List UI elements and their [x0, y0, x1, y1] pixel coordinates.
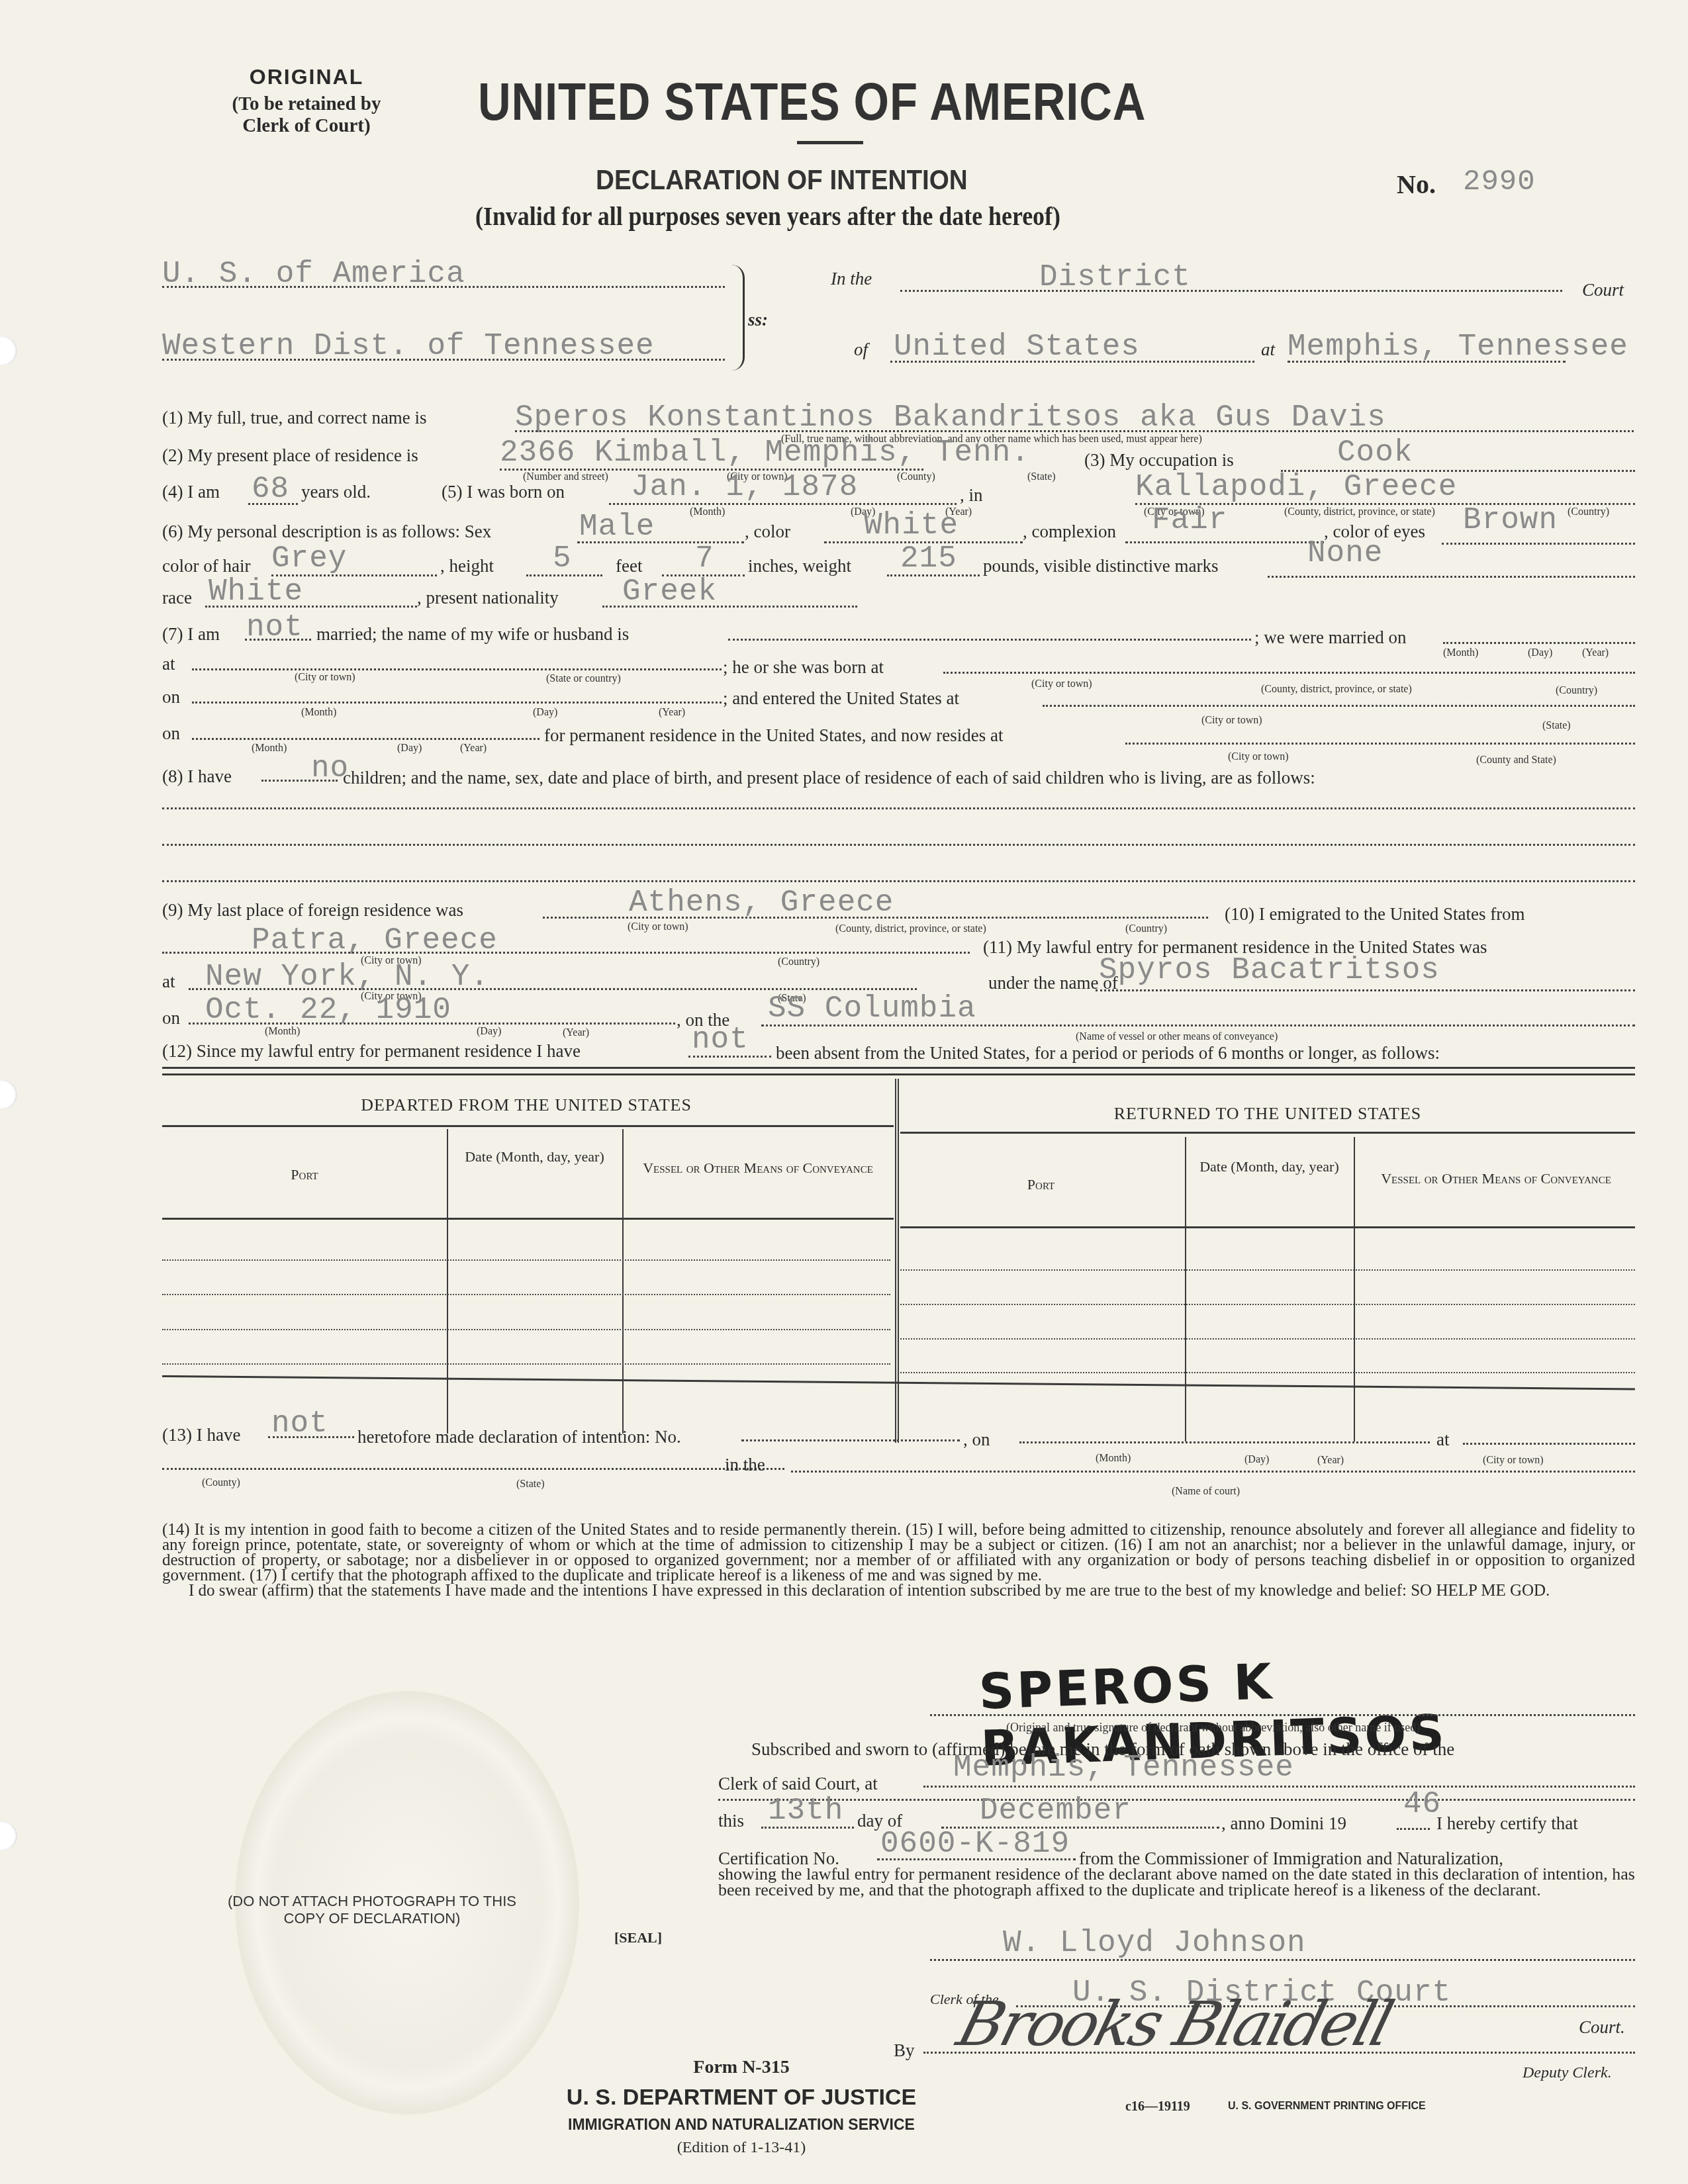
age: 68 [252, 472, 289, 506]
sworn-location-line-2 [718, 1799, 1635, 1801]
binder-hole [0, 336, 17, 365]
spouse-birthplace-line [943, 672, 1635, 674]
table-divider [898, 1079, 899, 1443]
col-divider [1354, 1137, 1355, 1441]
certification-number-line [877, 1858, 1076, 1860]
nationality-line [602, 606, 857, 608]
race-label: race [162, 589, 192, 607]
venue-state-line [162, 286, 725, 288]
seal-label: [SEAL] [614, 1929, 662, 1946]
years-old-label: years old. [301, 483, 371, 501]
caption-month: (Month) [1443, 647, 1478, 659]
color-label: , color [745, 523, 790, 541]
height-feet: 5 [553, 541, 572, 576]
printer-name: U. S. GOVERNMENT PRINTING OFFICE [1228, 2101, 1426, 2113]
cert-text-2: showing the lawful entry for permanent r… [718, 1866, 1635, 1898]
caption-state: (State) [1542, 720, 1571, 732]
sex-line [577, 541, 744, 543]
table-top-rule [162, 1067, 1635, 1069]
emigrated-from-line [162, 952, 970, 954]
caption-court-name: (Name of court) [1172, 1486, 1240, 1498]
signature-line [930, 1714, 1635, 1716]
occupation: Cook [1337, 435, 1413, 470]
caption-country: (Country) [1568, 506, 1609, 518]
retained-line1: (To be retained by [191, 93, 422, 115]
col-header-returned-port: Port [900, 1176, 1182, 1193]
caption-city: (City or town) [1483, 1455, 1544, 1467]
height-label: , height [440, 557, 494, 575]
clerk-name-line [930, 1959, 1635, 1961]
children-line-3 [162, 880, 1635, 882]
caption-month: (Month) [690, 506, 725, 518]
hair-label: color of hair [162, 557, 250, 575]
declaration-number: 2990 [1463, 165, 1536, 199]
spouse-entry-line [1043, 705, 1635, 707]
race-line [205, 606, 417, 608]
eye-color: Brown [1463, 503, 1558, 537]
caption-country: (Country) [778, 956, 820, 968]
certify-label: I hereby certify that [1436, 1815, 1578, 1833]
q8-label: (8) I have [162, 768, 232, 786]
q2-label: (2) My present place of residence is [162, 447, 418, 465]
weight-line [887, 574, 980, 576]
caption-city: (City or town) [295, 672, 355, 684]
q5-label: (5) I was born on [442, 483, 565, 501]
caption-county: (County) [202, 1477, 240, 1489]
at-label: at [1436, 1431, 1450, 1449]
caption-month: (Month) [252, 743, 287, 754]
departed-header: DEPARTED FROM THE UNITED STATES [162, 1095, 890, 1115]
on-label: on [162, 1009, 180, 1027]
caption-year: (Year) [460, 743, 487, 754]
entered-at-label: ; and entered the United States at [723, 690, 959, 707]
caption-county-district: (County, district, province, or state) [835, 923, 986, 935]
distinctive-marks: None [1307, 536, 1383, 570]
photo-note-line1: (DO NOT ATTACH PHOTOGRAPH TO THIS [173, 1893, 571, 1910]
eye-color-line [1442, 543, 1635, 545]
children-line-2 [162, 844, 1635, 846]
children-line [261, 780, 338, 782]
hair-color: Grey [271, 541, 347, 576]
sworn-month: December [980, 1794, 1131, 1828]
caption-country: (Country) [1556, 685, 1597, 697]
form-number: Form N-315 [556, 2057, 927, 2078]
retained-line2: Clerk of Court) [191, 115, 422, 137]
anno-domini-label: , anno Domini 19 [1221, 1815, 1346, 1833]
caption-county: (County) [897, 471, 935, 483]
prior-declaration-line [268, 1436, 354, 1438]
on-label: on [162, 725, 180, 743]
q7-post-label: married; the name of my wife or husband … [316, 625, 629, 643]
caption-day: (Day) [477, 1026, 501, 1038]
marital-line [245, 639, 311, 641]
venue-district-line [162, 359, 725, 361]
q7-label: (7) I am [162, 625, 220, 643]
q3-label: (3) My occupation is [1084, 451, 1234, 469]
title-rule [797, 141, 863, 144]
caption-city: (City or town) [628, 921, 688, 933]
complexion: Fair [1152, 503, 1227, 537]
page-title: UNITED STATES OF AMERICA [478, 71, 1146, 132]
department-name: U. S. DEPARTMENT OF JUSTICE [556, 2085, 927, 2111]
of-label: of [854, 341, 868, 359]
col-header-departed-date: Date (Month, day, year) [450, 1148, 619, 1165]
last-foreign-residence: Athens, Greece [629, 886, 894, 920]
sworn-year: 46 [1403, 1787, 1441, 1821]
vessel-name: SS Columbia [768, 991, 976, 1026]
spouse-entry-date-line [192, 738, 539, 740]
caption-year: (Year) [1317, 1455, 1344, 1467]
color: White [864, 508, 959, 543]
q13-label: (13) I have [162, 1426, 240, 1444]
height-feet-line [526, 574, 602, 576]
in-the-label: in the [725, 1456, 765, 1474]
edition: (Edition of 1-13-41) [556, 2139, 927, 2157]
ss-label: ss: [748, 311, 768, 329]
court-location-line [1288, 361, 1566, 363]
at-label: at [1261, 341, 1275, 359]
caption-state: (State) [516, 1479, 545, 1490]
col-divider [447, 1129, 448, 1433]
on-label: on [162, 688, 180, 706]
number-label: No. [1397, 169, 1436, 200]
married-on-line [1443, 642, 1635, 644]
certification-number: 0600-K-819 [880, 1827, 1070, 1861]
entry-name: Spyros Bacatritsos [1099, 953, 1440, 987]
complexion-label: , complexion [1023, 523, 1116, 541]
absence-status: not [692, 1023, 749, 1057]
sworn-location-line [923, 1786, 1635, 1788]
caption-year: (Year) [1582, 647, 1609, 659]
marks-line [1268, 576, 1635, 578]
this-label: this [718, 1812, 744, 1830]
photo-note: (DO NOT ATTACH PHOTOGRAPH TO THIS COPY O… [173, 1893, 571, 1928]
caption-month: (Month) [301, 707, 336, 719]
caption-city: (City or town) [1228, 751, 1289, 763]
deputy-clerk-signature: Brooks Blaidell [951, 1989, 1399, 2060]
prior-number-line [741, 1439, 960, 1441]
q12-post-label: been absent from the United States, for … [776, 1044, 1440, 1062]
q4-label: (4) I am [162, 483, 220, 501]
returned-col-rule [900, 1226, 1635, 1228]
spouse-name-line [728, 639, 1251, 641]
q12-label: (12) Since my lawful entry for permanent… [162, 1042, 581, 1060]
last-foreign-residence-line [543, 917, 1208, 919]
in-label: , in [960, 486, 983, 504]
deputy-clerk-label: Deputy Clerk. [1523, 2065, 1612, 2081]
height-inches: 7 [695, 541, 714, 576]
court-of: United States [894, 330, 1140, 364]
caption-state-country: (State or country) [546, 673, 621, 685]
original-block: ORIGINAL (To be retained by Clerk of Cou… [191, 65, 422, 138]
binder-hole [0, 1080, 17, 1109]
photo-note-line2: COPY OF DECLARATION) [173, 1910, 571, 1927]
q1-label: (1) My full, true, and correct name is [162, 409, 427, 427]
clerk-name: W. Lloyd Johnson [1003, 1926, 1306, 1960]
court-label: Court [1582, 281, 1624, 299]
permanent-residence-label: for permanent residence in the United St… [544, 727, 1004, 745]
table-top-rule-2 [162, 1073, 1635, 1075]
print-code: c16—19119 [1125, 2099, 1190, 2115]
at-label: at [162, 655, 175, 673]
court-type-line [900, 290, 1562, 292]
q6-label: (6) My personal description is as follow… [162, 523, 491, 541]
birth-place: Kallapodi, Greece [1135, 470, 1457, 504]
born-at-label: ; he or she was born at [723, 659, 884, 676]
caption-city: (City or town) [1201, 715, 1262, 727]
absence-line [688, 1056, 771, 1058]
caption-day: (Day) [533, 707, 557, 719]
sworn-location: Memphis, Tennessee [953, 1751, 1294, 1785]
q8-post-label: children; and the name, sex, date and pl… [343, 769, 1315, 787]
sworn-day-line [761, 1827, 854, 1829]
court-of-line [890, 361, 1254, 363]
col-header-departed-vessel: Vessel or Other Means of Conveyance [626, 1160, 890, 1176]
in-the-label: In the [831, 270, 872, 288]
inches-label: inches, weight [748, 557, 851, 575]
residence: 2366 Kimball, Memphis, Tenn. [500, 435, 1030, 470]
caption-state: (State) [1027, 471, 1056, 483]
departed-col-rule [162, 1218, 894, 1220]
caption-county-state: (County and State) [1476, 754, 1556, 766]
nationality-label: , present nationality [417, 589, 559, 607]
caption-year: (Year) [659, 707, 685, 719]
children-line-1 [162, 807, 1635, 809]
table-divider [895, 1079, 896, 1443]
col-divider [622, 1129, 624, 1433]
col-header-returned-date: Date (Month, day, year) [1188, 1158, 1350, 1175]
caption-country: (Country) [1125, 923, 1167, 935]
court-location: Memphis, Tennessee [1288, 330, 1628, 364]
caption-year: (Year) [563, 1027, 589, 1039]
caption-city: (City or town) [1031, 678, 1092, 690]
sex: Male [579, 510, 655, 544]
oath-swear: I do swear (affirm) that the statements … [162, 1583, 1635, 1598]
caption-county-district: (County, district, province, or state) [1284, 506, 1435, 518]
returned-header-rule [900, 1132, 1635, 1134]
validity-note: (Invalid for all purposes seven years af… [475, 202, 1060, 232]
q13-post-label: heretofore made declaration of intention… [357, 1428, 681, 1446]
feet-label: feet [616, 557, 642, 575]
sworn-day: 13th [768, 1794, 843, 1828]
at-label: at [162, 973, 175, 991]
q9-label: (9) My last place of foreign residence w… [162, 901, 463, 919]
court-period-label: Court. [1579, 2019, 1625, 2036]
full-name-line [515, 430, 1634, 432]
binder-hole [0, 1821, 17, 1850]
service-name: IMMIGRATION AND NATURALIZATION SERVICE [556, 2116, 927, 2134]
col-divider [1185, 1137, 1186, 1441]
prior-court-line [791, 1471, 1635, 1473]
nationality: Greek [622, 574, 717, 609]
clerk-at-label: Clerk of said Court, at [718, 1775, 878, 1793]
caption-vessel: (Name of vessel or other means of convey… [1076, 1031, 1278, 1043]
oath-paragraph: (14) It is my intention in good faith to… [162, 1522, 1635, 1598]
spouse-residence-line [1125, 743, 1635, 745]
col-header-returned-vessel: Vessel or Other Means of Conveyance [1357, 1170, 1635, 1187]
caption-day: (Day) [1528, 647, 1552, 659]
deputy-clerk-line [923, 2052, 1635, 2054]
race: White [209, 574, 303, 609]
marks-label: pounds, visible distinctive marks [983, 557, 1218, 575]
entry-date-line [189, 1023, 675, 1024]
marriage-place-line [192, 668, 722, 670]
weight: 215 [900, 541, 957, 576]
caption-day: (Day) [397, 743, 422, 754]
married-on-label: ; we were married on [1254, 629, 1406, 647]
signature-caption: (Original and true signature of declaran… [1006, 1721, 1420, 1735]
age-line [248, 503, 298, 505]
prior-date-line [1019, 1441, 1430, 1443]
departed-header-rule [162, 1125, 894, 1127]
original-label: ORIGINAL [191, 65, 422, 89]
birth-date: Jan. 1, 1878 [631, 470, 858, 504]
birth-date-line [609, 503, 957, 505]
entry-name-line [1096, 989, 1635, 991]
returned-header: RETURNED TO THE UNITED STATES [900, 1104, 1635, 1124]
prior-city-line [1463, 1443, 1635, 1445]
caption-month: (Month) [265, 1026, 300, 1038]
form-footer: Form N-315 U. S. DEPARTMENT OF JUSTICE I… [556, 2057, 927, 2157]
caption-month: (Month) [1096, 1453, 1131, 1465]
complexion-line [1125, 541, 1324, 543]
form-subtitle: DECLARATION OF INTENTION [596, 164, 968, 196]
vessel-name-line [761, 1024, 1635, 1026]
col-header-departed-port: Port [162, 1166, 447, 1183]
venue-brace [729, 265, 745, 371]
q10-label: (10) I emigrated to the United States fr… [1225, 905, 1525, 923]
caption-county-district: (County, district, province, or state) [1261, 684, 1412, 696]
port-of-entry-line [189, 988, 917, 990]
sworn-year-line [1397, 1828, 1430, 1830]
caption-day: (Day) [1244, 1454, 1269, 1466]
prior-county-state-line [162, 1468, 784, 1470]
on-label: , on [963, 1431, 990, 1449]
